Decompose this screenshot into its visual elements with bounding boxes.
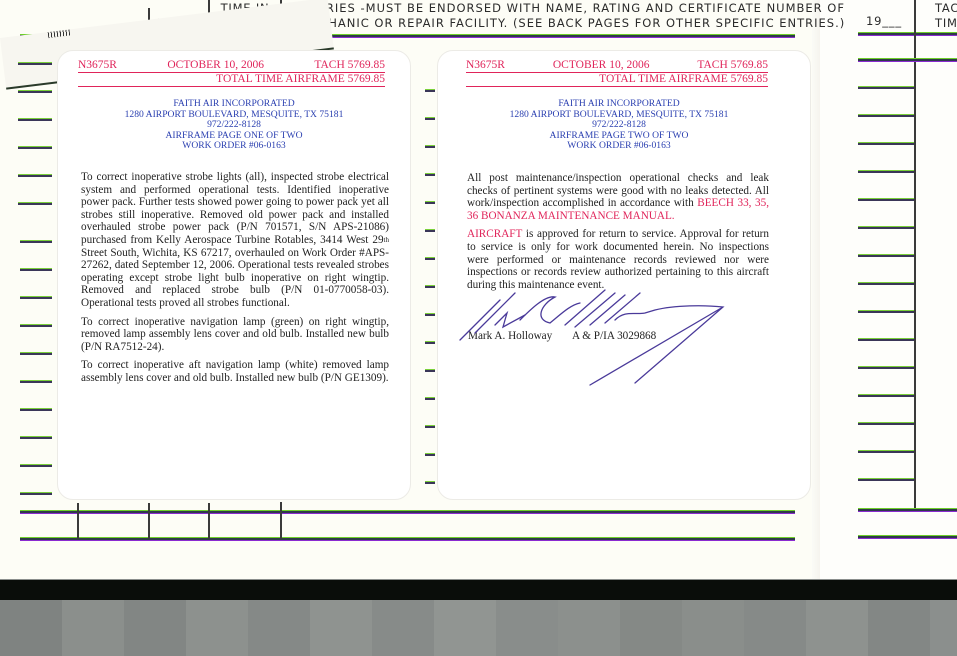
barcode: [48, 29, 71, 38]
row-tick: [425, 313, 435, 316]
row-tick: [20, 408, 52, 411]
paragraph-checks: All post maintenance/inspection operatio…: [467, 172, 769, 222]
aircraft-label: AIRCRAFT: [467, 228, 522, 240]
paragraph-nav-white: To correct inoperative aft navigation la…: [81, 359, 389, 384]
row-tick: [858, 198, 914, 201]
paragraph-approval: AIRCRAFT is approved for return to servi…: [467, 228, 769, 291]
row-tick: [425, 89, 435, 92]
right-bottom-rule: [858, 508, 957, 512]
work-order-number: WORK ORDER #06-0163: [438, 141, 800, 152]
row-tick: [858, 254, 914, 257]
date: OCTOBER 10, 2006: [167, 59, 264, 72]
row-tick: [858, 478, 914, 481]
company-name: FAITH AIR INCORPORATED: [438, 99, 800, 110]
row-tick: [858, 338, 914, 341]
scan-artifact: [248, 600, 310, 656]
row-tick: [858, 422, 914, 425]
work-description: To correct inoperative strobe lights (al…: [81, 171, 389, 391]
row-tick: [858, 282, 914, 285]
row-tick: [18, 202, 52, 205]
right-column-divider: [914, 0, 916, 508]
company-phone: 972/222-8128: [438, 120, 800, 131]
scan-artifact: [806, 600, 868, 656]
row-tick: [858, 114, 914, 117]
right-bottom-rule: [858, 535, 957, 539]
scan-artifact: [744, 600, 806, 656]
column-divider: [208, 503, 210, 539]
card-header: N3675R OCTOBER 10, 2006 TACH 5769.85 TOT…: [466, 59, 768, 87]
scan-artifact: [310, 600, 372, 656]
row-tick: [425, 341, 435, 344]
instruction-line-2: MECHANIC OR REPAIR FACILITY. (SEE BACK P…: [300, 16, 845, 31]
registration: N3675R: [78, 59, 117, 72]
col-tac: TAC: [935, 1, 957, 16]
paragraph-strobe: To correct inoperative strobe lights (al…: [81, 171, 389, 310]
row-tick: [20, 464, 52, 467]
row-tick: [20, 240, 52, 243]
total-time: TOTAL TIME AIRFRAME 5769.85: [466, 73, 768, 87]
scan-artifact: [0, 600, 62, 656]
row-tick: [425, 369, 435, 372]
superscript: th: [384, 236, 389, 244]
scan-artifact: [372, 600, 434, 656]
tach: TACH 5769.85: [314, 59, 385, 72]
scan-artifact: [682, 600, 744, 656]
row-tick: [425, 229, 435, 232]
scan-artifact: [62, 600, 124, 656]
header-row: N3675R OCTOBER 10, 2006 TACH 5769.85: [78, 59, 385, 73]
signature: [455, 285, 735, 395]
company-phone: 972/222-8128: [58, 120, 410, 131]
row-tick: [858, 86, 914, 89]
row-tick: [20, 492, 52, 495]
work-order-number: WORK ORDER #06-0163: [58, 141, 410, 152]
right-header-rule: [858, 32, 957, 36]
row-tick: [858, 450, 914, 453]
company-block: FAITH AIR INCORPORATED 1280 AIRPORT BOUL…: [58, 99, 410, 152]
row-tick: [425, 173, 435, 176]
column-divider: [280, 502, 282, 539]
row-tick: [858, 170, 914, 173]
book-edge: [0, 580, 957, 600]
year-field: 19___: [866, 14, 896, 29]
row-tick: [18, 174, 52, 177]
scan-artifact: [434, 600, 496, 656]
row-tick: [20, 352, 52, 355]
row-tick: [425, 453, 435, 456]
header-instructions: ENTRIES -MUST BE ENDORSED WITH NAME, RAT…: [300, 1, 845, 31]
row-tick: [425, 481, 435, 484]
scan-artifact: [868, 600, 930, 656]
card-header: N3675R OCTOBER 10, 2006 TACH 5769.85 TOT…: [78, 59, 385, 87]
row-tick: [425, 257, 435, 260]
scan-artifact: [620, 600, 682, 656]
row-tick: [425, 201, 435, 204]
tach: TACH 5769.85: [697, 59, 768, 72]
row-tick: [425, 397, 435, 400]
registration: N3675R: [466, 59, 505, 72]
row-tick: [20, 296, 52, 299]
company-block: FAITH AIR INCORPORATED 1280 AIRPORT BOUL…: [438, 99, 800, 152]
strobe-text-a: To correct inoperative strobe lights (al…: [81, 171, 389, 246]
row-tick: [425, 425, 435, 428]
row-tick: [18, 62, 52, 65]
paragraph-nav-green: To correct inoperative navigation lamp (…: [81, 316, 389, 354]
row-tick: [18, 118, 52, 121]
row-tick: [425, 145, 435, 148]
scan-artifact: [930, 600, 957, 656]
column-divider: [148, 503, 150, 539]
row-tick: [18, 146, 52, 149]
return-to-service-statement: All post maintenance/inspection operatio…: [467, 172, 769, 297]
row-tick: [20, 436, 52, 439]
row-tick: [20, 324, 52, 327]
strobe-text-b: Street South, Wichita, KS 67217, overhau…: [81, 247, 389, 309]
scan-artifact: [124, 600, 186, 656]
instruction-line-1: ENTRIES -MUST BE ENDORSED WITH NAME, RAT…: [300, 1, 845, 16]
header-row: N3675R OCTOBER 10, 2006 TACH 5769.85: [466, 59, 768, 73]
total-time: TOTAL TIME AIRFRAME 5769.85: [78, 73, 385, 87]
row-tick: [858, 310, 914, 313]
bottom-rule: [20, 537, 795, 541]
row-tick: [20, 380, 52, 383]
work-order-card-page-two: N3675R OCTOBER 10, 2006 TACH 5769.85 TOT…: [437, 50, 811, 500]
row-tick: [858, 226, 914, 229]
scan-artifact: [186, 600, 248, 656]
right-rule: [858, 58, 957, 62]
column-divider: [77, 503, 79, 539]
bottom-rule: [20, 510, 795, 514]
row-tick: [425, 117, 435, 120]
scan-artifact: [496, 600, 558, 656]
row-tick: [20, 268, 52, 271]
row-tick: [858, 366, 914, 369]
row-tick: [858, 394, 914, 397]
row-tick: [858, 142, 914, 145]
row-tick: [18, 90, 52, 93]
col-tim: TIM: [935, 16, 957, 31]
scan-artifact: [558, 600, 620, 656]
company-name: FAITH AIR INCORPORATED: [58, 99, 410, 110]
row-tick: [425, 285, 435, 288]
work-order-card-page-one: N3675R OCTOBER 10, 2006 TACH 5769.85 TOT…: [57, 50, 411, 500]
date: OCTOBER 10, 2006: [553, 59, 650, 72]
tach-time-column: TAC TIM: [935, 1, 957, 31]
